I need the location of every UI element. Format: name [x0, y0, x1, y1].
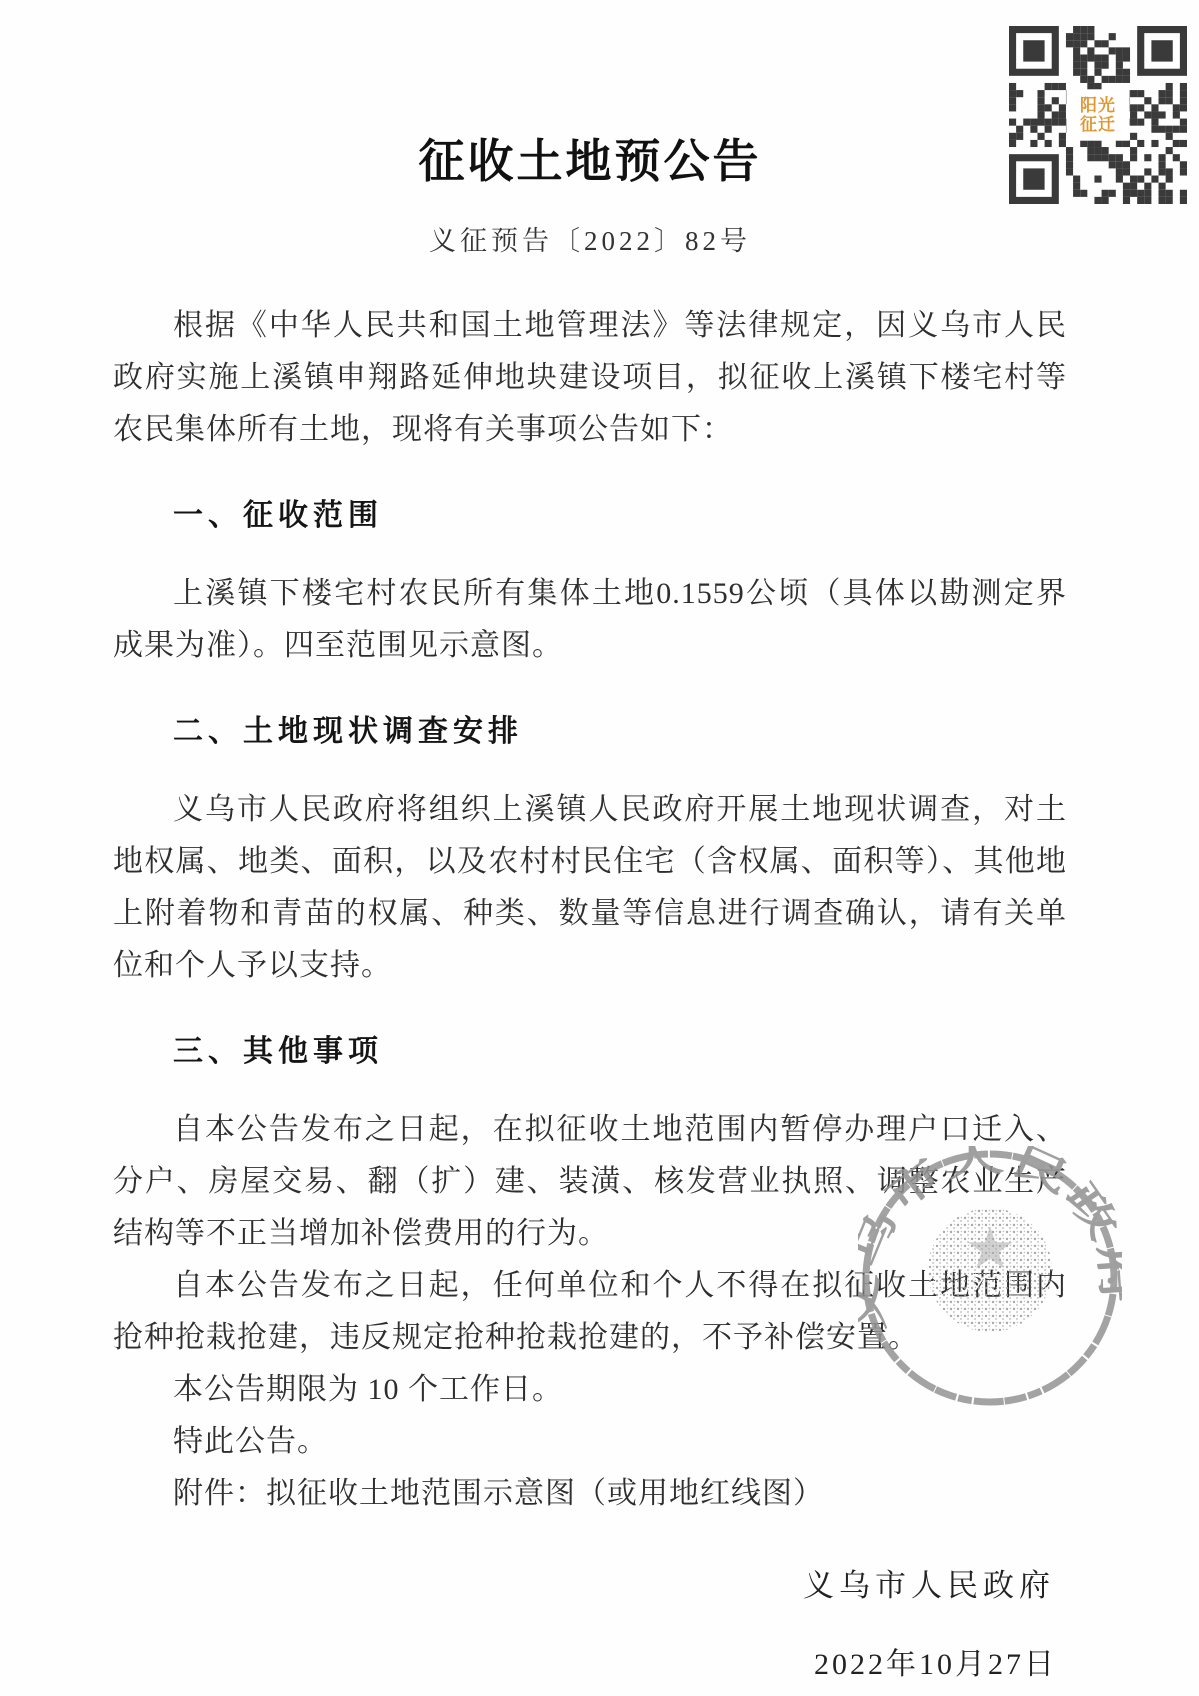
issuer-signature: 义乌市人民政府: [113, 1560, 1067, 1605]
attachment-line: 附件：拟征收土地范围示意图（或用地红线图）: [113, 1468, 1067, 1520]
section-heading-scope: 一、征收范围: [113, 490, 1067, 534]
section-heading-other: 三、其他事项: [113, 1026, 1067, 1070]
announcement-page: 阳光 征迁 征收土地预公告 义征预告〔2022〕82号 根据《中华人民共和国土地…: [0, 0, 1199, 1696]
hereby-announced-line: 特此公告。: [113, 1416, 1067, 1468]
official-seal: 义乌市人民政府: [858, 1146, 1122, 1410]
document-number: 义征预告〔2022〕82号: [113, 219, 1067, 258]
survey-paragraph: 义乌市人民政府将组织上溪镇人民政府开展土地现状调查，对土地权属、地类、面积，以及…: [113, 784, 1067, 992]
intro-paragraph: 根据《中华人民共和国土地管理法》等法律规定，因义乌市人民政府实施上溪镇申翔路延伸…: [113, 300, 1067, 456]
document-body: 征收土地预公告 义征预告〔2022〕82号 根据《中华人民共和国土地管理法》等法…: [0, 0, 1199, 1683]
document-title: 征收土地预公告: [113, 125, 1067, 191]
section-heading-survey: 二、土地现状调查安排: [113, 706, 1067, 750]
signature-block: 义乌市人民政府 2022年10月27日: [113, 1560, 1067, 1683]
scope-paragraph: 上溪镇下楼宅村农民所有集体土地0.1559公顷（具体以勘测定界成果为准）。四至范…: [113, 568, 1067, 672]
issue-date: 2022年10月27日: [113, 1639, 1067, 1683]
